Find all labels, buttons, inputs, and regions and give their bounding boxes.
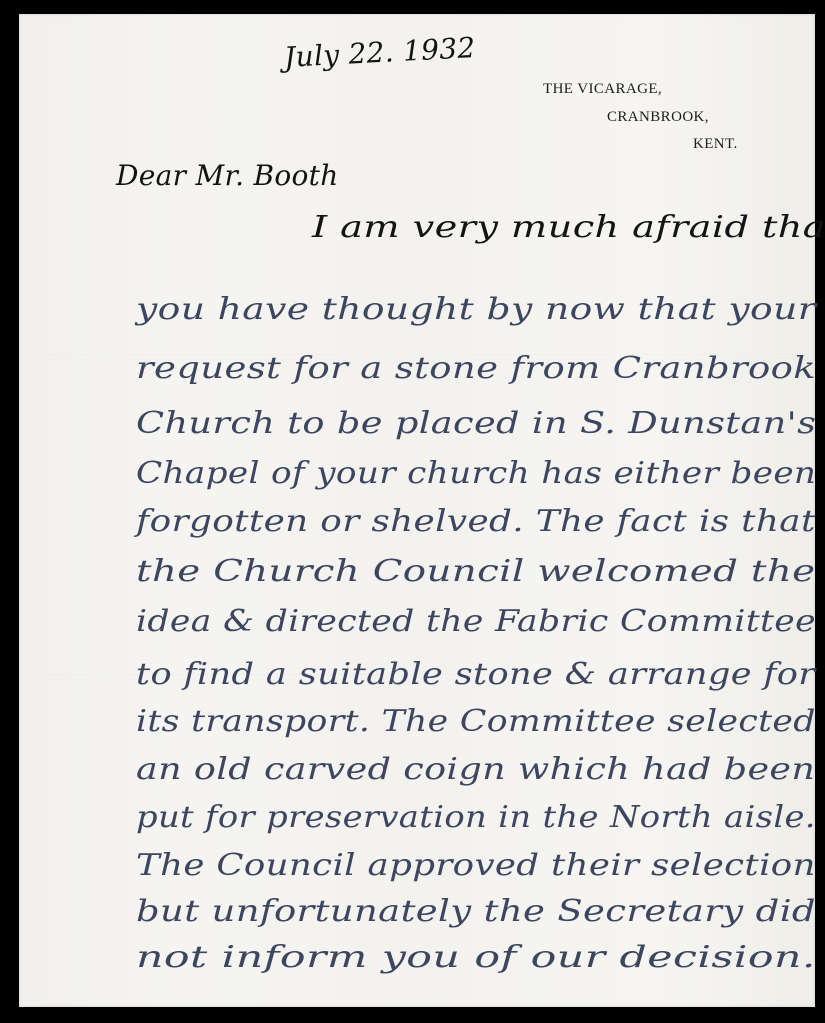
body-line: but unfortunately the Secretary did <box>136 894 816 929</box>
body-line: not inform you of our decision. <box>136 940 816 975</box>
body-line: I am very much afraid that <box>312 210 825 245</box>
body-line: idea & directed the Fabric Committee <box>136 604 816 639</box>
body-line: The Council approved their selection <box>136 848 816 883</box>
salutation: Dear Mr. Booth <box>116 159 339 192</box>
letter-date: July 22. 1932 <box>283 31 476 74</box>
body-line: the Church Council welcomed the <box>136 554 815 589</box>
body-line: put for preservation in the North aisle. <box>136 800 816 835</box>
letter-page: July 22. 1932 THE VICARAGE, CRANBROOK, K… <box>19 14 815 1007</box>
body-line: request for a stone from Cranbrook <box>136 351 816 386</box>
body-line: to find a suitable stone & arrange for <box>136 657 815 692</box>
body-line: Church to be placed in S. Dunstan's <box>136 406 816 441</box>
body-line: you have thought by now that your <box>136 292 816 327</box>
letterhead-line-1: THE VICARAGE, <box>543 81 662 98</box>
body-line: an old carved coign which had been <box>136 752 815 787</box>
body-line: Chapel of your church has either been <box>136 456 816 491</box>
letterhead-line-3: KENT. <box>693 136 738 153</box>
body-line: its transport. The Committee selected <box>136 704 816 739</box>
body-line: forgotten or shelved. The fact is that <box>136 504 816 539</box>
letterhead-line-2: CRANBROOK, <box>607 109 709 126</box>
